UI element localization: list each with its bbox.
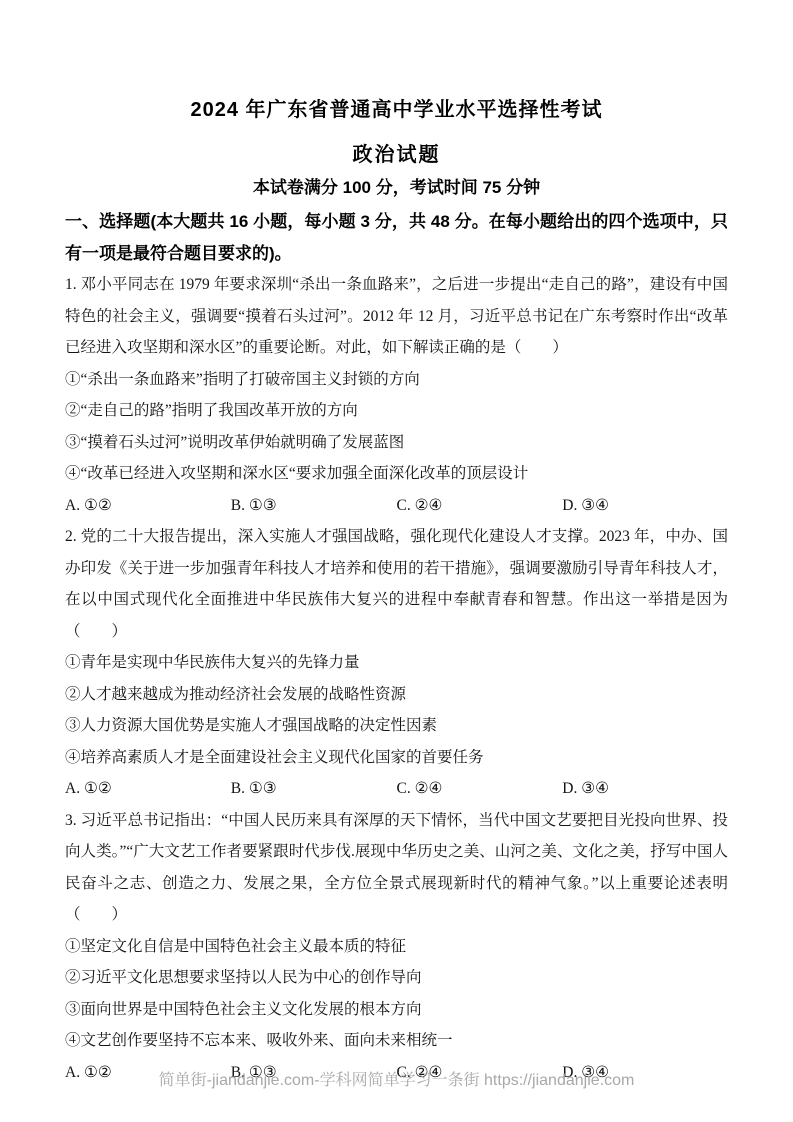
question-2-item-1: ①青年是实现中华民族伟大复兴的先锋力量 (65, 647, 728, 679)
question-1-option-a: A. ①② (65, 490, 231, 522)
question-2-options-row: A. ①② B. ①③ C. ②④ D. ③④ (65, 773, 728, 805)
question-2-option-a: A. ①② (65, 773, 231, 805)
question-2-item-4: ④培养高素质人才是全面建设社会主义现代化国家的首要任务 (65, 742, 728, 774)
question-1-stem: 1. 邓小平同志在 1979 年要求深圳“杀出一条血路来”，之后进一步提出“走自… (65, 269, 728, 364)
question-3-item-2: ②习近平文化思想要求坚持以人民为中心的创作导向 (65, 962, 728, 994)
question-2-item-2: ②人才越来越成为推动经济社会发展的战略性资源 (65, 679, 728, 711)
question-1-option-b: B. ①③ (231, 490, 397, 522)
question-3-stem: 3. 习近平总书记指出：“中国人民历来具有深厚的天下情怀，当代中国文艺要把目光投… (65, 805, 728, 931)
question-1-options-row: A. ①② B. ①③ C. ②④ D. ③④ (65, 490, 728, 522)
question-3-item-3: ③面向世界是中国特色社会主义文化发展的根本方向 (65, 994, 728, 1026)
section-header: 一、选择题(本大题共 16 小题，每小题 3 分，共 48 分。在每小题给出的四… (65, 206, 728, 269)
question-2-option-c: C. ②④ (397, 773, 563, 805)
question-1-item-3: ③“摸着石头过河”说明改革伊始就明确了发展蓝图 (65, 427, 728, 459)
exam-info-line: 本试卷满分 100 分，考试时间 75 分钟 (65, 177, 728, 199)
question-1-option-d: D. ③④ (562, 490, 728, 522)
question-1-item-2: ②“走自己的路”指明了我国改革开放的方向 (65, 395, 728, 427)
question-2-option-b: B. ①③ (231, 773, 397, 805)
question-1-option-c: C. ②④ (397, 490, 563, 522)
question-2-item-3: ③人力资源大国优势是实施人才强国战略的决定性因素 (65, 710, 728, 742)
page-title: 2024 年广东省普通高中学业水平选择性考试 (65, 97, 728, 123)
question-3: 3. 习近平总书记指出：“中国人民历来具有深厚的天下情怀，当代中国文艺要把目光投… (65, 805, 728, 1089)
page-content: 2024 年广东省普通高中学业水平选择性考试 政治试题 本试卷满分 100 分，… (0, 0, 793, 1088)
question-2-stem: 2. 党的二十大报告提出，深入实施人才强国战略，强化现代化建设人才支撑。2023… (65, 521, 728, 647)
question-3-item-1: ①坚定文化自信是中国特色社会主义最本质的特征 (65, 931, 728, 963)
question-3-item-4: ④文艺创作要坚持不忘本来、吸收外来、面向未来相统一 (65, 1025, 728, 1057)
question-1-item-1: ①“杀出一条血路来”指明了打破帝国主义封锁的方向 (65, 364, 728, 396)
question-1: 1. 邓小平同志在 1979 年要求深圳“杀出一条血路来”，之后进一步提出“走自… (65, 269, 728, 521)
exam-paper-page: 2024 年广东省普通高中学业水平选择性考试 政治试题 本试卷满分 100 分，… (0, 0, 793, 1122)
question-2-option-d: D. ③④ (562, 773, 728, 805)
question-1-item-4: ④“改革已经进入攻坚期和深水区“要求加强全面深化改革的顶层设计 (65, 458, 728, 490)
question-2: 2. 党的二十大报告提出，深入实施人才强国战略，强化现代化建设人才支撑。2023… (65, 521, 728, 805)
page-subtitle: 政治试题 (65, 142, 728, 168)
footer-watermark: 简单街-jiandanjie.com-学科网简单学习一条街 https://ji… (0, 1070, 793, 1092)
